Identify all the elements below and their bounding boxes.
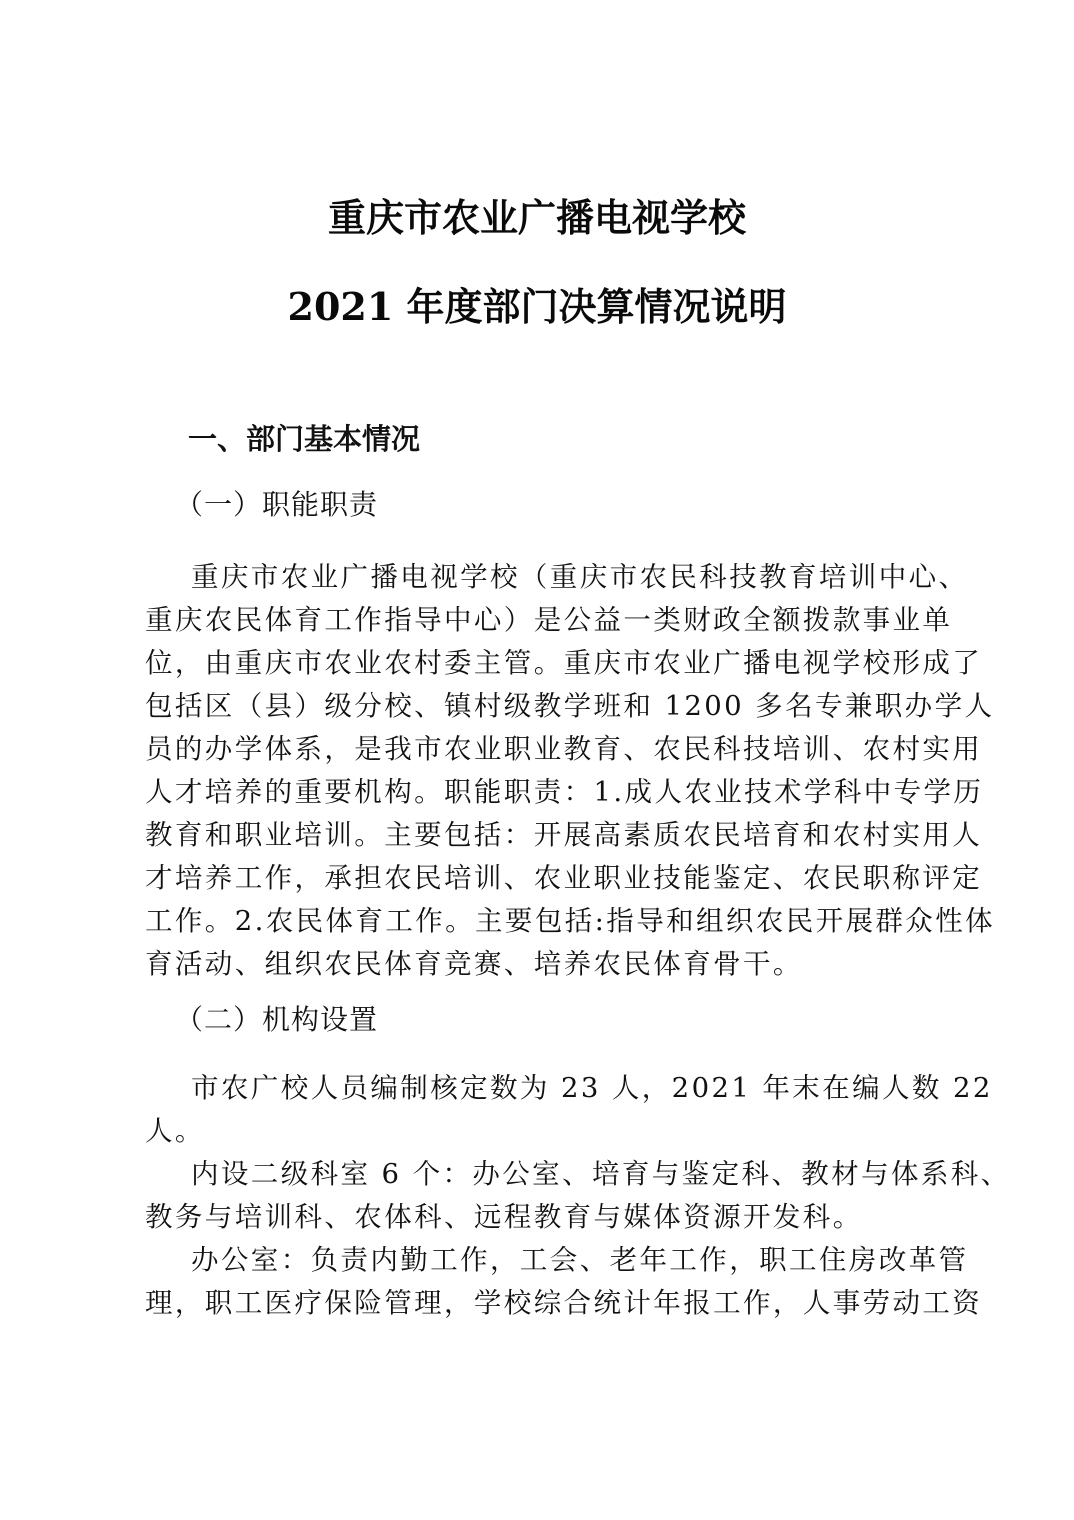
paragraph-line: 重庆市农业广播电视学校（重庆市农民科技教育培训中心、 <box>145 556 945 599</box>
paragraph-line: 教育和职业培训。主要包括：开展高素质农民培育和农村实用人 <box>145 814 945 857</box>
document-title-line-2: 2021 年度部门决算情况说明 <box>0 285 1074 329</box>
section-heading-basic-info: 一、部门基本情况 <box>188 420 420 458</box>
paragraph-line: 位，由重庆市农业农村委主管。重庆市农业广播电视学校形成了 <box>145 642 945 685</box>
office-paragraph: 办公室：负责内勤工作，工会、老年工作，职工住房改革管 理，职工医疗保险管理，学校… <box>145 1239 945 1325</box>
subsection-heading-functions: （一）职能职责 <box>175 487 378 523</box>
paragraph-line: 办公室：负责内勤工作，工会、老年工作，职工住房改革管 <box>145 1239 945 1282</box>
paragraph-line: 人。 <box>145 1110 945 1153</box>
departments-paragraph: 内设二级科室 6 个：办公室、培育与鉴定科、教材与体系科、 教务与培训科、农体科… <box>145 1153 945 1239</box>
paragraph-line: 理，职工医疗保险管理，学校综合统计年报工作，人事劳动工资 <box>145 1282 945 1325</box>
paragraph-line: 工作。2.农民体育工作。主要包括:指导和组织农民开展群众性体 <box>145 900 945 943</box>
paragraph-line: 员的办学体系，是我市农业职业教育、农民科技培训、农村实用 <box>145 728 945 771</box>
functions-paragraph: 重庆市农业广播电视学校（重庆市农民科技教育培训中心、 重庆农民体育工作指导中心）… <box>145 556 945 986</box>
paragraph-line: 育活动、组织农民体育竞赛、培养农民体育骨干。 <box>145 943 945 986</box>
paragraph-line: 人才培养的重要机构。职能职责：1.成人农业技术学科中专学历 <box>145 771 945 814</box>
paragraph-line: 教务与培训科、农体科、远程教育与媒体资源开发科。 <box>145 1196 945 1239</box>
paragraph-line: 重庆农民体育工作指导中心）是公益一类财政全额拨款事业单 <box>145 599 945 642</box>
document-page: 重庆市农业广播电视学校 2021 年度部门决算情况说明 一、部门基本情况 （一）… <box>0 0 1074 1520</box>
paragraph-line: 才培养工作，承担农民培训、农业职业技能鉴定、农民职称评定 <box>145 857 945 900</box>
subsection-heading-organization: （二）机构设置 <box>175 1002 378 1038</box>
paragraph-line: 包括区（县）级分校、镇村级教学班和 1200 多名专兼职办学人 <box>145 685 945 728</box>
paragraph-line: 内设二级科室 6 个：办公室、培育与鉴定科、教材与体系科、 <box>145 1153 945 1196</box>
staffing-paragraph: 市农广校人员编制核定数为 23 人，2021 年末在编人数 22 人。 <box>145 1067 945 1153</box>
document-title-line-1: 重庆市农业广播电视学校 <box>0 196 1074 240</box>
paragraph-line: 市农广校人员编制核定数为 23 人，2021 年末在编人数 22 <box>145 1067 945 1110</box>
